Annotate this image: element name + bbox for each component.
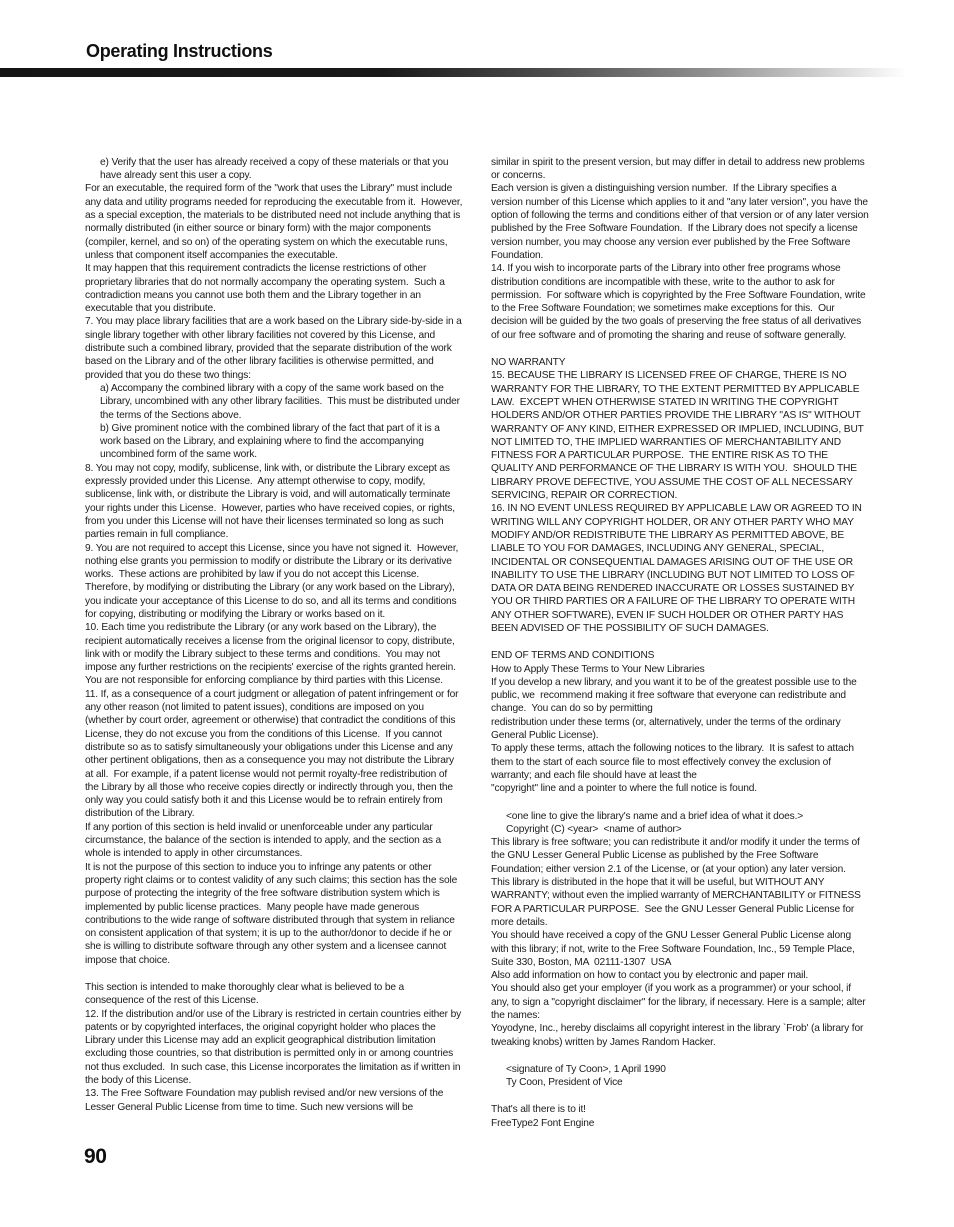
license-paragraph: a) Accompany the combined library with a… — [85, 382, 463, 422]
license-paragraph: It is not the purpose of this section to… — [85, 861, 463, 967]
right-column: similar in spirit to the present version… — [491, 116, 869, 1130]
license-paragraph: 7. You may place library facilities that… — [85, 315, 463, 381]
license-text-body: e) Verify that the user has already rece… — [85, 116, 869, 1130]
license-paragraph: 12. If the distribution and/or use of th… — [85, 1008, 463, 1088]
license-paragraph: <one line to give the library's name and… — [491, 810, 869, 823]
license-paragraph: It may happen that this requirement cont… — [85, 262, 463, 315]
license-paragraph: This library is distributed in the hope … — [491, 876, 869, 929]
license-paragraph: 14. If you wish to incorporate parts of … — [491, 262, 869, 342]
license-paragraph: Also add information on how to contact y… — [491, 969, 869, 982]
license-paragraph: 16. IN NO EVENT UNLESS REQUIRED BY APPLI… — [491, 502, 869, 635]
license-paragraph: If any portion of this section is held i… — [85, 821, 463, 861]
page-number: 90 — [84, 1145, 107, 1169]
license-paragraph: b) Give prominent notice with the combin… — [85, 422, 463, 462]
left-column: e) Verify that the user has already rece… — [85, 116, 463, 1130]
page-title: Operating Instructions — [86, 41, 272, 62]
license-paragraph: This library is free software; you can r… — [491, 836, 869, 876]
license-paragraph: You should have received a copy of the G… — [491, 929, 869, 969]
license-paragraph: NO WARRANTY — [491, 356, 869, 369]
license-paragraph: Copyright (C) <year> <name of author> — [491, 823, 869, 836]
license-paragraph: Each version is given a distinguishing v… — [491, 182, 869, 262]
license-paragraph: Ty Coon, President of Vice — [491, 1076, 869, 1089]
license-paragraph: You should also get your employer (if yo… — [491, 982, 869, 1022]
license-paragraph: How to Apply These Terms to Your New Lib… — [491, 663, 869, 676]
license-paragraph: FreeType2 Font Engine — [491, 1117, 869, 1130]
license-paragraph: Yoyodyne, Inc., hereby disclaims all cop… — [491, 1022, 869, 1049]
license-paragraph: 10. Each time you redistribute the Libra… — [85, 621, 463, 687]
license-paragraph: If you develop a new library, and you wa… — [491, 676, 869, 716]
license-paragraph: 13. The Free Software Foundation may pub… — [85, 1087, 463, 1114]
license-paragraph: For an executable, the required form of … — [85, 182, 463, 262]
header-gradient-rule — [0, 68, 954, 77]
license-paragraph: END OF TERMS AND CONDITIONS — [491, 649, 869, 662]
license-paragraph: "copyright" line and a pointer to where … — [491, 782, 869, 795]
license-paragraph: That's all there is to it! — [491, 1103, 869, 1116]
license-paragraph: similar in spirit to the present version… — [491, 156, 869, 183]
license-paragraph: <signature of Ty Coon>, 1 April 1990 — [491, 1063, 869, 1076]
license-paragraph: To apply these terms, attach the followi… — [491, 742, 869, 782]
license-paragraph: 15. BECAUSE THE LIBRARY IS LICENSED FREE… — [491, 369, 869, 502]
license-paragraph: e) Verify that the user has already rece… — [85, 156, 463, 183]
license-paragraph: 8. You may not copy, modify, sublicense,… — [85, 462, 463, 542]
license-paragraph: This section is intended to make thoroug… — [85, 981, 463, 1008]
license-paragraph: redistribution under these terms (or, al… — [491, 716, 869, 743]
license-paragraph: 9. You are not required to accept this L… — [85, 542, 463, 622]
manual-page: Operating Instructions e) Verify that th… — [0, 0, 954, 1227]
license-paragraph: 11. If, as a consequence of a court judg… — [85, 688, 463, 821]
